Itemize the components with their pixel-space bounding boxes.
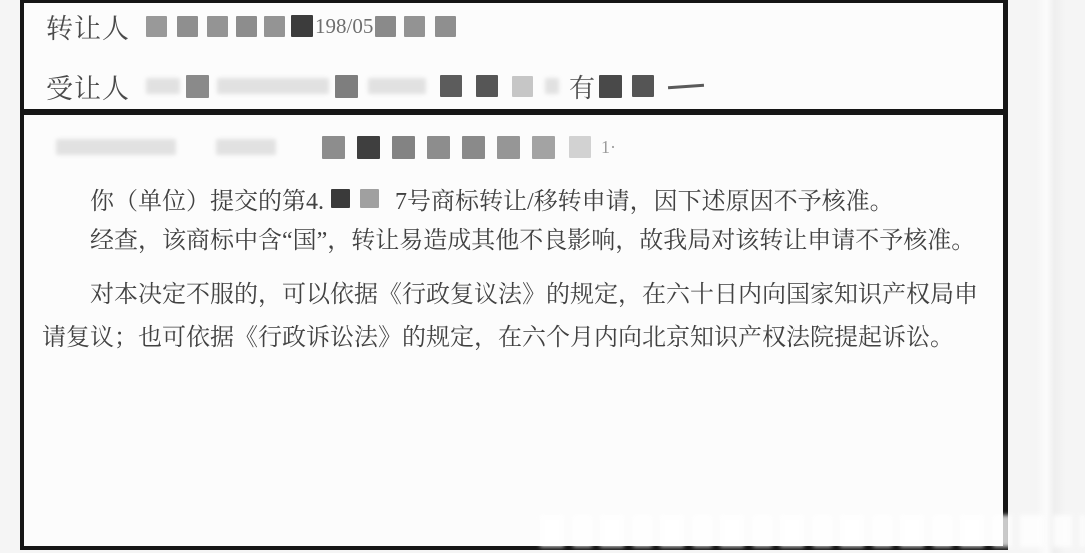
document-scan: { "parties": { "transferor_label": "转让人"… bbox=[0, 0, 1085, 553]
notice-box: 1· 你（单位）提交的第4.7号商标转让/移转申请，因下述原因不予核准。 经查，… bbox=[24, 115, 1003, 360]
transfer-parties-box: 转让人 198/05 受让人 有 bbox=[24, 3, 1003, 109]
transferee-label: 受让人 bbox=[46, 67, 130, 106]
transferee-row: 受让人 有 bbox=[46, 69, 704, 103]
transferor-redaction: 198/05 bbox=[146, 14, 456, 39]
notice-body: 你（单位）提交的第4.7号商标转让/移转申请，因下述原因不予核准。 经查，该商标… bbox=[42, 177, 983, 360]
transferor-label: 转让人 bbox=[46, 7, 130, 46]
notice-para-appeal: 对本决定不服的，可以依据《行政复议法》的规定，在六十日内向国家知识产权局申请复议… bbox=[42, 274, 983, 360]
page-edge-shading bbox=[1036, 0, 1066, 553]
notice-para-reason: 经查，该商标中含“国”，转让易造成其他不良影响，故我局对该转让申请不予核准。 bbox=[42, 220, 983, 263]
transferee-redaction: 有 bbox=[146, 68, 704, 105]
notice-redacted-line: 1· bbox=[56, 131, 983, 163]
document-frame: 转让人 198/05 受让人 有 1· 你（单位）提交的第4.7号商标转让/移转… bbox=[20, 0, 1008, 550]
transferor-row: 转让人 198/05 bbox=[46, 9, 456, 43]
notice-para-application: 你（单位）提交的第4.7号商标转让/移转申请，因下述原因不予核准。 bbox=[42, 177, 983, 220]
